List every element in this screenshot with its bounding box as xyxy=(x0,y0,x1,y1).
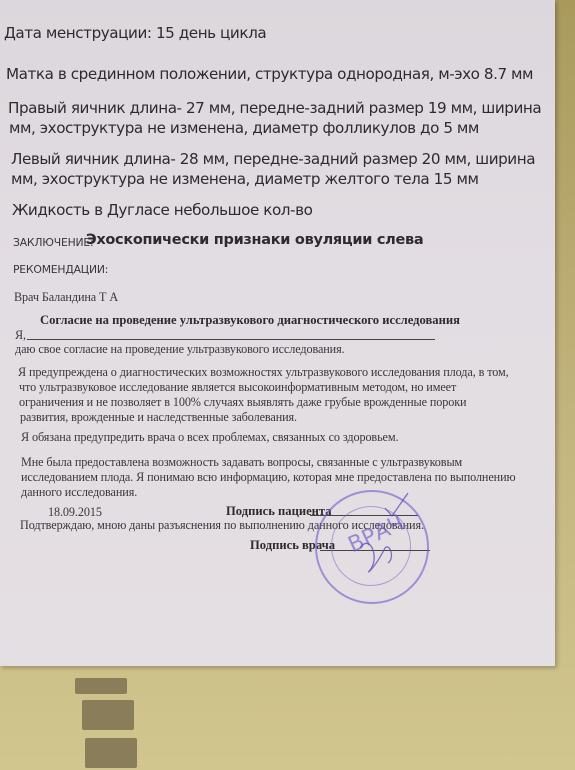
left-ovary-line-2: мм, эхоструктура не изменена, диаметр же… xyxy=(11,170,478,188)
name-blank-line xyxy=(27,339,435,340)
fabric-pattern xyxy=(82,700,134,730)
questions-line-2: исследованием плода. Я понимаю всю инфор… xyxy=(21,470,516,485)
signature-scribble-icon xyxy=(340,488,430,578)
fabric-pattern xyxy=(75,678,127,694)
conclusion-label: ЗАКЛЮЧЕНИЕ: xyxy=(13,236,93,249)
warning-line-3: ограничения и не позволяет в 100% случая… xyxy=(19,395,466,410)
doctor-name: Врач Баландина Т А xyxy=(14,290,118,305)
patient-signature-label: Подпись пациента xyxy=(226,504,332,519)
right-ovary-line-1: Правый яичник длина- 27 мм, передне-задн… xyxy=(8,99,541,117)
left-ovary-line-1: Левый яичник длина- 28 мм, передне-задни… xyxy=(11,150,535,168)
consent-title: Согласие на проведение ультразвукового д… xyxy=(40,313,460,328)
warning-line-4: развития, врожденные и наследственные за… xyxy=(20,410,297,425)
menstruation-line: Дата менструации: 15 день цикла xyxy=(4,24,266,42)
recommendations-label: РЕКОМЕНДАЦИИ: xyxy=(13,263,108,276)
questions-line-1: Мне была предоставлена возможность задав… xyxy=(21,455,462,470)
warning-line-1: Я предупреждена о диагностических возмож… xyxy=(18,365,509,380)
fabric-pattern xyxy=(85,738,137,768)
douglas-line: Жидкость в Дугласе небольшое кол-во xyxy=(12,201,312,219)
conclusion-value: Эхоскопически признаки овуляции слева xyxy=(86,232,423,248)
questions-line-3: данного исследования. xyxy=(21,485,137,500)
warning-line-2: что ультразвуковое исследование является… xyxy=(19,380,456,395)
document-paper: Дата менструации: 15 день цикла Матка в … xyxy=(0,0,555,666)
obligation-line: Я обязана предупредить врача о всех проб… xyxy=(21,430,398,445)
consent-i-prefix: Я, xyxy=(15,328,26,343)
consent-agree-line: даю свое согласие на проведение ультразв… xyxy=(15,342,345,357)
right-ovary-line-2: мм, эхоструктура не изменена, диаметр фо… xyxy=(9,119,479,137)
uterus-line: Матка в срединном положении, структура о… xyxy=(6,65,533,83)
